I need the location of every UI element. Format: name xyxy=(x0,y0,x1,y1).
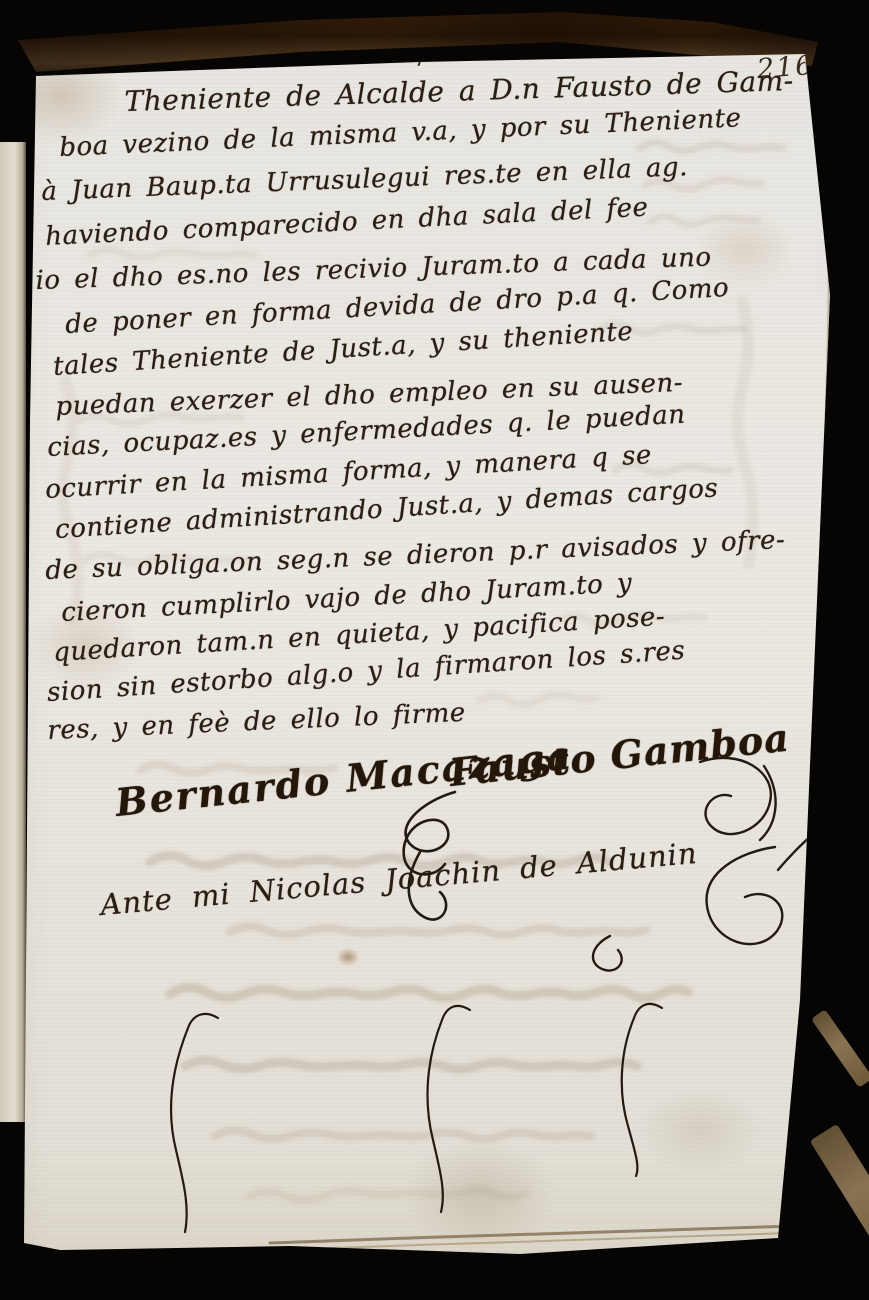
leather-tie-lower xyxy=(810,1124,869,1268)
manuscript-photo: † 216 Theniente de Alcalde a D.n Fausto … xyxy=(0,0,869,1300)
facing-page-edge xyxy=(0,142,26,1122)
page-stack-edges xyxy=(0,0,869,1300)
leather-tie-upper xyxy=(811,1009,869,1088)
manuscript-page: † 216 Theniente de Alcalde a D.n Fausto … xyxy=(0,0,869,1300)
